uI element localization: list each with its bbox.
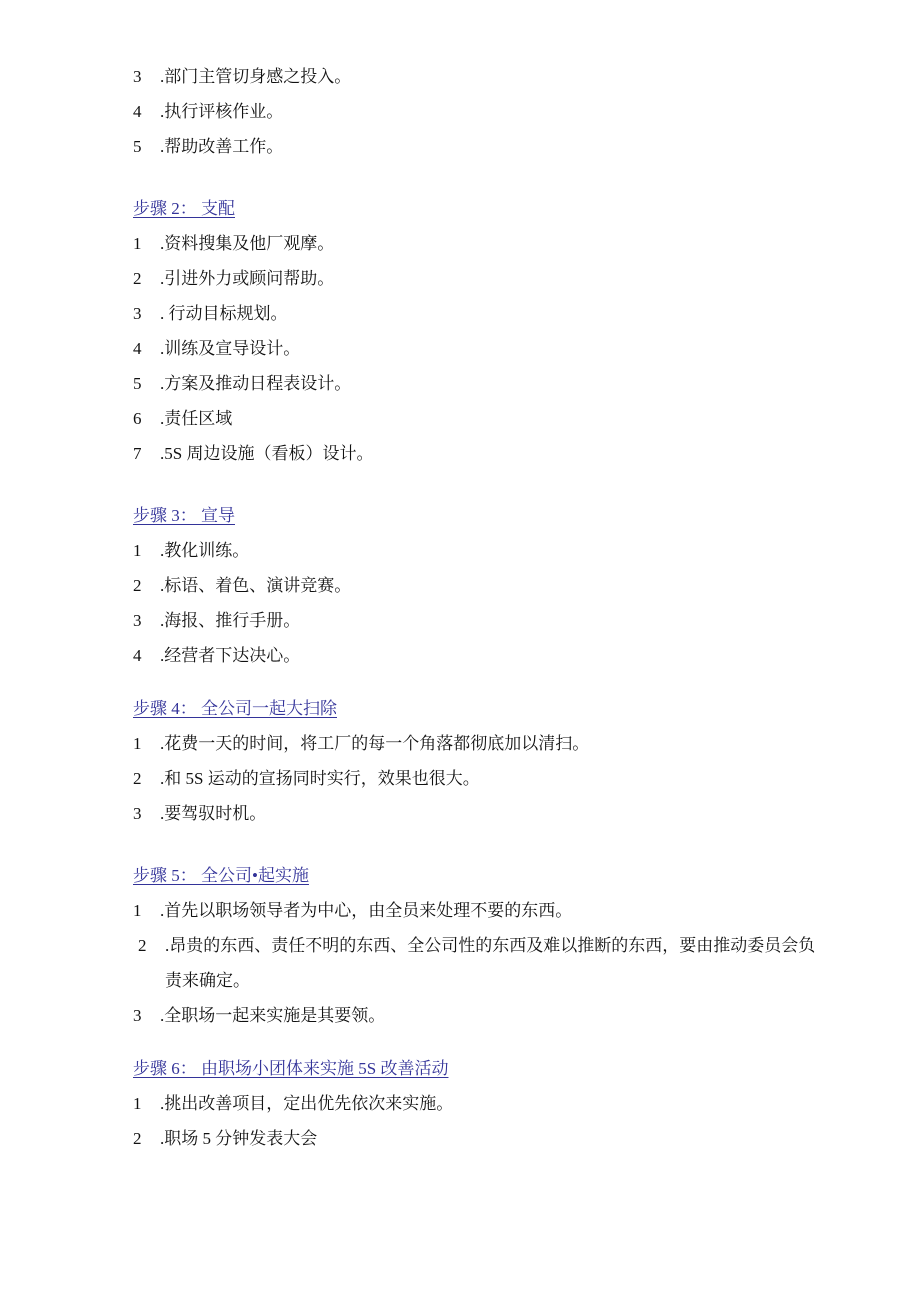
list-item-number: 2 xyxy=(133,261,160,296)
list-item-number: 3 xyxy=(133,998,160,1033)
list-item-number: 7 xyxy=(133,436,160,471)
list-item-number: 2 xyxy=(133,1121,160,1156)
document-page: 3.部门主管切身感之投入。4.执行评核作业。5.帮助改善工作。步骤 2： 支配1… xyxy=(0,0,920,1156)
list-item-text: .海报、推行手册。 xyxy=(160,603,830,638)
list-item: 5.帮助改善工作。 xyxy=(133,129,830,164)
list-item-text-line: 责来确定。 xyxy=(165,963,830,998)
list-item-text: .昂贵的东西、责任不明的东西、全公司性的东西及难以推断的东西，要由推动委员会负责… xyxy=(165,928,830,998)
list-item-number: 5 xyxy=(133,366,160,401)
list-item: 3.全职场一起来实施是其要领。 xyxy=(133,998,830,1033)
list-item: 5.方案及推动日程表设计。 xyxy=(133,366,830,401)
list-item: 2.标语、着色、演讲竞赛。 xyxy=(133,568,830,603)
list-item-text: .帮助改善工作。 xyxy=(160,129,830,164)
list-item-number: 1 xyxy=(133,726,160,761)
section: 步骤 5： 全公司•起实施1.首先以职场领导者为中心，由全员来处理不要的东西。2… xyxy=(133,858,830,1033)
list-item-number: 5 xyxy=(133,129,160,164)
list-item-number: 1 xyxy=(133,893,160,928)
list-item-text: .全职场一起来实施是其要领。 xyxy=(160,998,830,1033)
list-item: 3. 行动目标规划。 xyxy=(133,296,830,331)
list-item-number: 1 xyxy=(133,533,160,568)
section: 步骤 3： 宣导1.教化训练。2.标语、着色、演讲竞赛。3.海报、推行手册。4.… xyxy=(133,498,830,673)
list-item-text: .训练及宣导设计。 xyxy=(160,331,830,366)
list-item-number: 4 xyxy=(133,638,160,673)
list-item-number: 3 xyxy=(133,296,160,331)
section: 步骤 6： 由职场小团体来实施 5S 改善活动1.挑出改善项目，定出优先依次来实… xyxy=(133,1051,830,1156)
list-item-text: .资料搜集及他厂观摩。 xyxy=(160,226,830,261)
list-item-text: .挑出改善项目，定出优先依次来实施。 xyxy=(160,1086,830,1121)
list-item-number: 1 xyxy=(133,1086,160,1121)
list-item-number: 6 xyxy=(133,401,160,436)
list-item-number: 3 xyxy=(133,603,160,638)
section-heading-link[interactable]: 步骤 5： 全公司•起实施 xyxy=(133,858,309,893)
section-heading-link[interactable]: 步骤 4： 全公司一起大扫除 xyxy=(133,691,337,726)
section-continuation: 3.部门主管切身感之投入。4.执行评核作业。5.帮助改善工作。 xyxy=(133,59,830,164)
section: 步骤 2： 支配1.资料搜集及他厂观摩。2.引进外力或顾问帮助。3. 行动目标规… xyxy=(133,191,830,471)
list-item-text: .要驾驭时机。 xyxy=(160,796,830,831)
list-item-text: .责任区域 xyxy=(160,401,830,436)
section-heading-link[interactable]: 步骤 2： 支配 xyxy=(133,191,235,226)
list-item-text: .方案及推动日程表设计。 xyxy=(160,366,830,401)
list-item: 2.和 5S 运动的宣扬同时实行，效果也很大。 xyxy=(133,761,830,796)
list-item: 1.首先以职场领导者为中心，由全员来处理不要的东西。 xyxy=(133,893,830,928)
list-item-text: .引进外力或顾问帮助。 xyxy=(160,261,830,296)
list-item-number: 2 xyxy=(133,568,160,603)
list-item: 1.花费一天的时间，将工厂的每一个角落都彻底加以清扫。 xyxy=(133,726,830,761)
list-item-text: .经营者下达决心。 xyxy=(160,638,830,673)
list-item-text-line: .昂贵的东西、责任不明的东西、全公司性的东西及难以推断的东西，要由推动委员会负 xyxy=(165,928,830,963)
list-item-text: .部门主管切身感之投入。 xyxy=(160,59,830,94)
list-item-text: .教化训练。 xyxy=(160,533,830,568)
list-item-number: 2 xyxy=(133,761,160,796)
list-item-number: 3 xyxy=(133,59,160,94)
list-item-text: .标语、着色、演讲竞赛。 xyxy=(160,568,830,603)
list-item-text: .首先以职场领导者为中心，由全员来处理不要的东西。 xyxy=(160,893,830,928)
list-item: 2.引进外力或顾问帮助。 xyxy=(133,261,830,296)
list-item-number: 4 xyxy=(133,331,160,366)
list-item: 7.5S 周边设施（看板）设计。 xyxy=(133,436,830,471)
list-item: 1.资料搜集及他厂观摩。 xyxy=(133,226,830,261)
list-item-text: .职场 5 分钟发表大会 xyxy=(160,1121,830,1156)
list-item-text: .5S 周边设施（看板）设计。 xyxy=(160,436,830,471)
list-item: 1.教化训练。 xyxy=(133,533,830,568)
list-item: 3.海报、推行手册。 xyxy=(133,603,830,638)
list-item-text: .和 5S 运动的宣扬同时实行，效果也很大。 xyxy=(160,761,830,796)
list-item-number: 4 xyxy=(133,94,160,129)
list-item-text: .花费一天的时间，将工厂的每一个角落都彻底加以清扫。 xyxy=(160,726,830,761)
list-item-number: 1 xyxy=(133,226,160,261)
section: 步骤 4： 全公司一起大扫除1.花费一天的时间，将工厂的每一个角落都彻底加以清扫… xyxy=(133,691,830,831)
list-item: 3.要驾驭时机。 xyxy=(133,796,830,831)
list-item-text: .执行评核作业。 xyxy=(160,94,830,129)
list-item: 4.训练及宣导设计。 xyxy=(133,331,830,366)
list-item: 6.责任区域 xyxy=(133,401,830,436)
list-item-text: . 行动目标规划。 xyxy=(160,296,830,331)
list-item: 4.执行评核作业。 xyxy=(133,94,830,129)
list-item: 2.职场 5 分钟发表大会 xyxy=(133,1121,830,1156)
section-heading-link[interactable]: 步骤 6： 由职场小团体来实施 5S 改善活动 xyxy=(133,1051,448,1086)
list-item: 3.部门主管切身感之投入。 xyxy=(133,59,830,94)
list-item: 4.经营者下达决心。 xyxy=(133,638,830,673)
list-item: 2.昂贵的东西、责任不明的东西、全公司性的东西及难以推断的东西，要由推动委员会负… xyxy=(133,928,830,998)
list-item: 1.挑出改善项目，定出优先依次来实施。 xyxy=(133,1086,830,1121)
section-heading-link[interactable]: 步骤 3： 宣导 xyxy=(133,498,235,533)
list-item-number: 2 xyxy=(138,928,165,963)
list-item-number: 3 xyxy=(133,796,160,831)
